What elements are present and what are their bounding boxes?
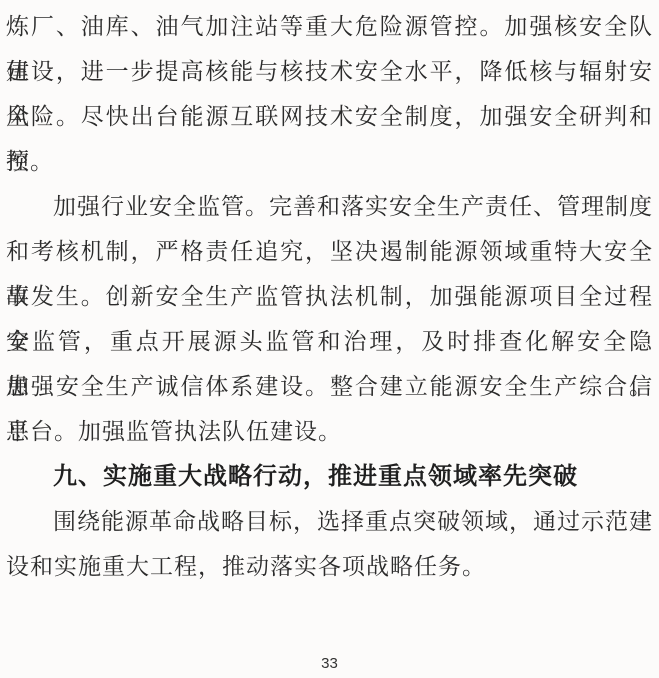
text-block: 炼厂、油库、油气加注站等重大危险源管控。加强核安全队伍 建设，进一步提高核能与核…: [0, 0, 659, 589]
text-line: 故发生。创新安全生产监管执法机制，加强能源项目全过程安: [6, 274, 653, 319]
text-line: 全监管，重点开展源头监管和治理，及时排查化解安全隐患。: [6, 319, 653, 364]
section-heading: 九、实施重大战略行动，推进重点领域率先突破: [6, 454, 653, 499]
document-page: 炼厂、油库、油气加注站等重大危险源管控。加强核安全队伍 建设，进一步提高核能与核…: [0, 0, 659, 678]
text-line: 和考核机制，严格责任追究，坚决遏制能源领域重特大安全事: [6, 229, 653, 274]
text-line: 围绕能源革命战略目标，选择重点突破领域，通过示范建: [6, 499, 653, 544]
text-line: 建设，进一步提高核能与核技术安全水平，降低核与辐射安全: [6, 49, 653, 94]
text-line: 炼厂、油库、油气加注站等重大危险源管控。加强核安全队伍: [6, 4, 653, 49]
text-line: 平台。加强监管执法队伍建设。: [6, 409, 653, 454]
page-number: 33: [0, 654, 659, 674]
text-line: 控。: [6, 139, 653, 184]
text-line: 设和实施重大工程，推动落实各项战略任务。: [6, 544, 653, 589]
text-line: 加强行业安全监管。完善和落实安全生产责任、管理制度: [6, 184, 653, 229]
text-line: 风险。尽快出台能源互联网技术安全制度，加强安全研判和预: [6, 94, 653, 139]
text-line: 加强安全生产诚信体系建设。整合建立能源安全生产综合信息: [6, 364, 653, 409]
